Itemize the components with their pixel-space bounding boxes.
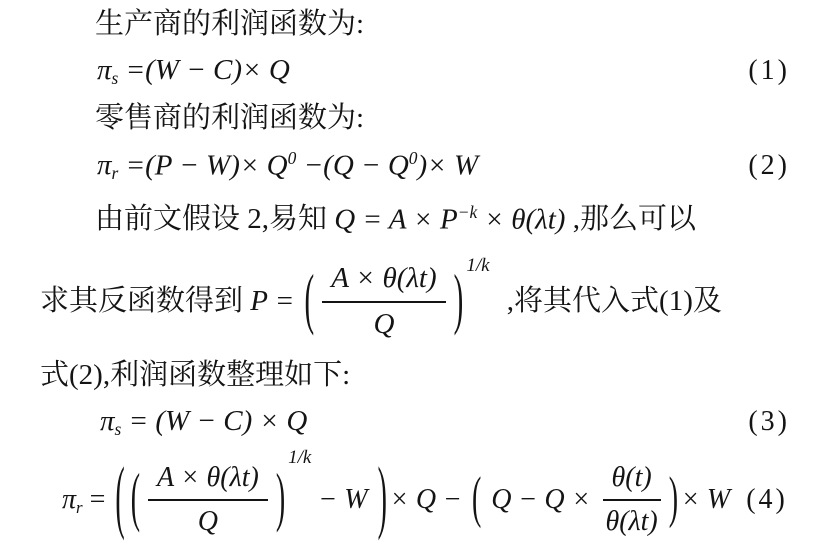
equation-1: πs =(W − C)× Q (1) [0,52,838,90]
paragraph-substitute: 式(2),利润函数整理如下: [40,357,350,395]
inline-math: Q = A × P−k × θ(λt) [334,201,565,239]
pi-symbol: π [62,484,76,515]
equation-number: (1) [748,53,790,89]
equation-lhs: πr [97,147,118,185]
equation-lhs: πs [97,52,118,90]
equation-3: πs = (W − C) × Q (3) [0,403,838,441]
fraction-denominator: Q [373,303,394,344]
big-left-paren: ( [305,258,315,347]
equation-term: Q − Q × [484,482,597,518]
equation-lhs: πr = [62,482,112,519]
inline-equation-inverse: 求其反函数得到 P = ( A × θ(λt) Q ) 1/k ,将其代入式(1… [40,252,722,352]
fraction: A × θ(λt) Q [322,260,445,343]
fraction-numerator: A × θ(λt) [148,460,268,501]
fraction-denominator: Q [198,501,218,540]
equation-4: πr = ( ( A × θ(λt) Q ) 1/k − W ) × Q − (… [62,444,788,556]
exponent-one-over-k: 1/k [466,254,489,279]
inline-math: P = [250,283,301,321]
fraction-numerator: θ(t) [603,460,661,501]
equation-lhs: πs [100,403,121,441]
equation-term: × W [681,482,730,518]
fraction: A × θ(λt) Q [148,460,268,541]
equals-sign: = [83,484,113,515]
paragraph-text: 求其反函数得到 [40,283,250,321]
paragraph-assumption: 由前文假设 2,易知 Q = A × P−k × θ(λt) ,那么可以 [95,201,696,239]
pi-symbol: π [97,54,112,86]
outer-left-paren: ( [115,447,124,553]
paragraph-producer-profit: 生产商的利润函数为: [95,6,364,44]
pi-symbol: π [97,149,112,181]
inner-right-paren: ) [276,457,285,543]
second-right-paren: ) [669,463,678,538]
superscript-minus-k: −k [458,202,477,222]
inner-left-paren: ( [131,457,140,543]
paragraph-text: ,将其代入式(1)及 [500,283,722,321]
pi-symbol: π [100,405,115,437]
paragraph-text: ,那么可以 [565,201,696,239]
equation-term: − W [311,482,374,518]
equation-number: (3) [748,404,790,440]
equation-term: × Q − [390,482,469,518]
big-right-paren: ) [454,258,464,347]
outer-right-paren: ) [378,447,387,553]
paragraph-retailer-profit: 零售商的利润函数为: [95,100,364,138]
equation-body: = (W − C) × Q [121,403,307,441]
exponent-one-over-k: 1/k [288,446,311,471]
equation-body: =(W − C)× Q [118,52,289,90]
equation-number: (2) [748,148,790,184]
pi-subscript: s [115,419,122,439]
second-left-paren: ( [472,463,481,538]
document-page: 生产商的利润函数为: πs =(W − C)× Q (1) 零售商的利润函数为:… [0,0,838,559]
fraction: θ(t) θ(λt) [603,460,661,541]
fraction-numerator: A × θ(λt) [322,260,445,303]
paragraph-text: 生产商的利润函数为: [95,6,364,44]
fraction-denominator: θ(λt) [605,501,657,540]
pi-subscript: s [112,68,119,88]
equation-2: πr =(P − W)× Q0 −(Q − Q0)× W (2) [0,147,838,185]
paragraph-text: 式(2),利润函数整理如下: [40,357,350,395]
pi-subscript: r [112,163,119,183]
equation-number: (4) [746,482,788,518]
paragraph-text: 由前文假设 2,易知 [95,201,334,239]
equation-term: =(P − W)× Q0 −(Q − Q0)× W [118,147,478,185]
paragraph-text: 零售商的利润函数为: [95,100,364,138]
